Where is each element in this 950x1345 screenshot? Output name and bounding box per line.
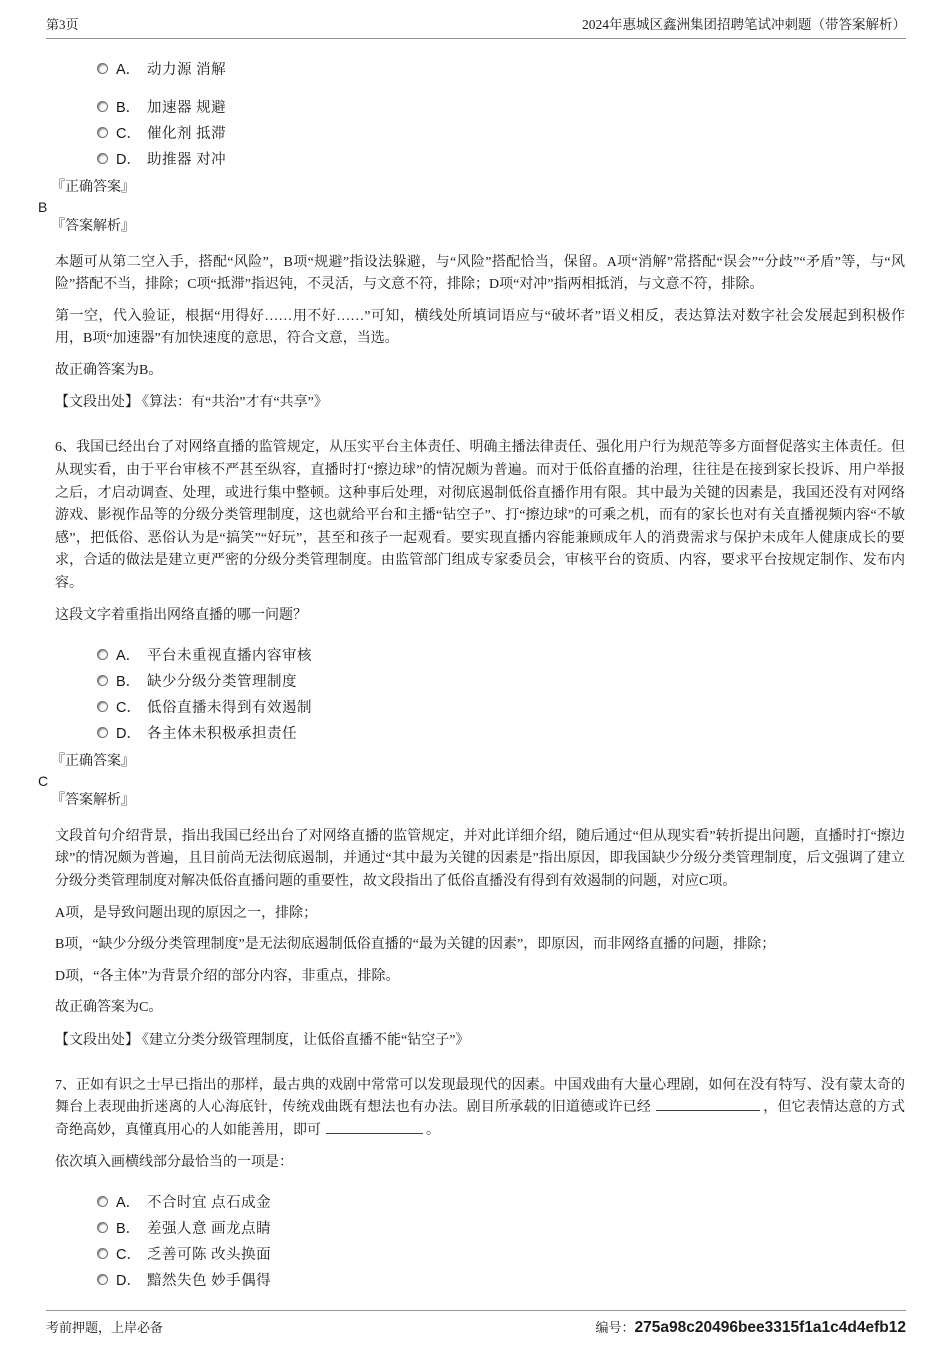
option-letter: A． bbox=[116, 1191, 147, 1212]
correct-answer-value: B bbox=[38, 198, 950, 218]
option-text: 催化剂 抵滞 bbox=[147, 122, 226, 143]
question-5-options: A． 动力源 消解 B． 加速器 规避 C． 催化剂 抵滞 D． 助推器 对冲 bbox=[97, 55, 950, 171]
question-7-stem: 7、正如有识之士早已指出的那样，最古典的戏剧中常常可以发现最现代的因素。中国戏曲… bbox=[55, 1075, 905, 1143]
option-text: 各主体未积极承担责任 bbox=[147, 722, 297, 743]
option-text: 平台未重视直播内容审核 bbox=[147, 644, 312, 665]
option-letter: C． bbox=[116, 696, 147, 717]
correct-answer-value: C bbox=[38, 772, 950, 792]
document-id-value: 275a98c20496bee3315f1a1c4d4efb12 bbox=[635, 1319, 906, 1336]
radio-button-icon[interactable] bbox=[97, 727, 108, 738]
option-letter: B． bbox=[116, 670, 147, 691]
source-label: 【文段出处】 bbox=[55, 395, 139, 410]
option-letter: D． bbox=[116, 1269, 147, 1290]
document-id: 编号：275a98c20496bee3315f1a1c4d4efb12 bbox=[596, 1317, 907, 1337]
source-label: 【文段出处】 bbox=[55, 1033, 139, 1048]
radio-button-icon[interactable] bbox=[97, 1196, 108, 1207]
answer-block: 『正确答案』 C 『答案解析』 bbox=[0, 752, 950, 811]
option-letter: D． bbox=[116, 722, 147, 743]
question-6-section: 6、我国已经出台了对网络直播的监管规定，从压实平台主体责任、明确主播法律责任、强… bbox=[0, 437, 950, 1051]
option-row-d[interactable]: D． 各主体未积极承担责任 bbox=[97, 719, 950, 745]
source-title: 《建立分类分级管理制度，让低俗直播不能“钻空子”》 bbox=[142, 1033, 469, 1048]
option-text: 动力源 消解 bbox=[147, 58, 226, 79]
analysis-paragraph: B项，“缺少分级分类管理制度”是无法彻底遏制低俗直播的“最为关键的因素”，即原因… bbox=[55, 934, 905, 957]
stem-text: 。 bbox=[426, 1123, 440, 1138]
page-number: 第3页 bbox=[46, 14, 79, 33]
option-letter: B． bbox=[116, 96, 147, 117]
question-6-prompt: 这段文字着重指出网络直播的哪一问题？ bbox=[55, 605, 905, 628]
conclusion-line: 故正确答案为C。 bbox=[55, 997, 905, 1020]
option-letter: A． bbox=[116, 58, 147, 79]
radio-button-icon[interactable] bbox=[97, 1248, 108, 1259]
option-text: 缺少分级分类管理制度 bbox=[147, 670, 297, 691]
question-7-section: 7、正如有识之士早已指出的那样，最古典的戏剧中常常可以发现最现代的因素。中国戏曲… bbox=[0, 1075, 950, 1292]
option-letter: C． bbox=[116, 1243, 147, 1264]
option-row-c[interactable]: C． 催化剂 抵滞 bbox=[97, 119, 950, 145]
option-letter: B． bbox=[116, 1217, 147, 1238]
page-footer: 考前押题，上岸必备 编号：275a98c20496bee3315f1a1c4d4… bbox=[46, 1310, 906, 1337]
option-row-d[interactable]: D． 黯然失色 妙手偶得 bbox=[97, 1266, 950, 1292]
analysis-paragraph: A项，是导致问题出现的原因之一，排除； bbox=[55, 903, 905, 926]
radio-button-icon[interactable] bbox=[97, 153, 108, 164]
radio-button-icon[interactable] bbox=[97, 127, 108, 138]
radio-button-icon[interactable] bbox=[97, 63, 108, 74]
question-7-options: A． 不合时宜 点石成金 B． 差强人意 画龙点睛 C． 乏善可陈 改头换面 D… bbox=[97, 1188, 950, 1292]
option-row-a[interactable]: A． 动力源 消解 bbox=[97, 55, 950, 81]
correct-answer-label: 『正确答案』 bbox=[51, 178, 950, 198]
document-id-label: 编号： bbox=[596, 1320, 635, 1335]
answer-block: 『正确答案』 B 『答案解析』 bbox=[0, 178, 950, 237]
radio-button-icon[interactable] bbox=[97, 675, 108, 686]
option-text: 乏善可陈 改头换面 bbox=[147, 1243, 271, 1264]
document-title: 2024年惠城区鑫洲集团招聘笔试冲刺题（带答案解析） bbox=[582, 13, 906, 33]
option-text: 低俗直播未得到有效遏制 bbox=[147, 696, 312, 717]
analysis-paragraph: D项，“各主体”为背景介绍的部分内容，非重点，排除。 bbox=[55, 966, 905, 989]
option-text: 黯然失色 妙手偶得 bbox=[147, 1269, 271, 1290]
option-row-a[interactable]: A． 平台未重视直播内容审核 bbox=[97, 641, 950, 667]
source-line: 【文段出处】《算法：有“共治”才有“共享”》 bbox=[55, 392, 905, 414]
answer-analysis-label: 『答案解析』 bbox=[51, 791, 950, 811]
answer-analysis-label: 『答案解析』 bbox=[51, 217, 950, 237]
analysis-paragraph: 文段首句介绍背景，指出我国已经出台了对网络直播的监管规定，并对此详细介绍，随后通… bbox=[55, 826, 905, 894]
option-row-d[interactable]: D． 助推器 对冲 bbox=[97, 145, 950, 171]
analysis-paragraph: 本题可从第二空入手，搭配“风险”，B项“规避”指设法躲避，与“风险”搭配恰当，保… bbox=[55, 252, 905, 297]
question-5-section: A． 动力源 消解 B． 加速器 规避 C． 催化剂 抵滞 D． 助推器 对冲 … bbox=[0, 55, 950, 414]
analysis-paragraph: 第一空，代入验证，根据“用得好……用不好……”可知，横线处所填词语应与“破坏者”… bbox=[55, 306, 905, 351]
page-header: 第3页 2024年惠城区鑫洲集团招聘笔试冲刺题（带答案解析） bbox=[46, 13, 906, 39]
option-row-c[interactable]: C． 低俗直播未得到有效遏制 bbox=[97, 693, 950, 719]
conclusion-line: 故正确答案为B。 bbox=[55, 360, 905, 383]
question-7-prompt: 依次填入画横线部分最恰当的一项是： bbox=[55, 1152, 905, 1175]
option-text: 助推器 对冲 bbox=[147, 148, 226, 169]
fill-blank-underline bbox=[326, 1121, 423, 1134]
question-6-stem: 6、我国已经出台了对网络直播的监管规定，从压实平台主体责任、明确主播法律责任、强… bbox=[55, 437, 905, 595]
correct-answer-label: 『正确答案』 bbox=[51, 752, 950, 772]
option-letter: C． bbox=[116, 122, 147, 143]
option-text: 不合时宜 点石成金 bbox=[147, 1191, 271, 1212]
radio-button-icon[interactable] bbox=[97, 701, 108, 712]
document-page: 第3页 2024年惠城区鑫洲集团招聘笔试冲刺题（带答案解析） A． 动力源 消解… bbox=[0, 0, 950, 1345]
radio-button-icon[interactable] bbox=[97, 101, 108, 112]
source-line: 【文段出处】《建立分类分级管理制度，让低俗直播不能“钻空子”》 bbox=[55, 1030, 905, 1052]
footer-slogan: 考前押题，上岸必备 bbox=[46, 1317, 163, 1336]
source-title: 《算法：有“共治”才有“共享”》 bbox=[142, 395, 328, 410]
option-row-c[interactable]: C． 乏善可陈 改头换面 bbox=[97, 1240, 950, 1266]
option-text: 差强人意 画龙点睛 bbox=[147, 1217, 271, 1238]
option-letter: A． bbox=[116, 644, 147, 665]
option-text: 加速器 规避 bbox=[147, 96, 226, 117]
option-row-b[interactable]: B． 差强人意 画龙点睛 bbox=[97, 1214, 950, 1240]
radio-button-icon[interactable] bbox=[97, 1274, 108, 1285]
radio-button-icon[interactable] bbox=[97, 1222, 108, 1233]
fill-blank-underline bbox=[656, 1098, 760, 1111]
option-row-b[interactable]: B． 缺少分级分类管理制度 bbox=[97, 667, 950, 693]
option-row-b[interactable]: B． 加速器 规避 bbox=[97, 93, 950, 119]
option-row-a[interactable]: A． 不合时宜 点石成金 bbox=[97, 1188, 950, 1214]
radio-button-icon[interactable] bbox=[97, 649, 108, 660]
question-6-options: A． 平台未重视直播内容审核 B． 缺少分级分类管理制度 C． 低俗直播未得到有… bbox=[97, 641, 950, 745]
option-letter: D． bbox=[116, 148, 147, 169]
